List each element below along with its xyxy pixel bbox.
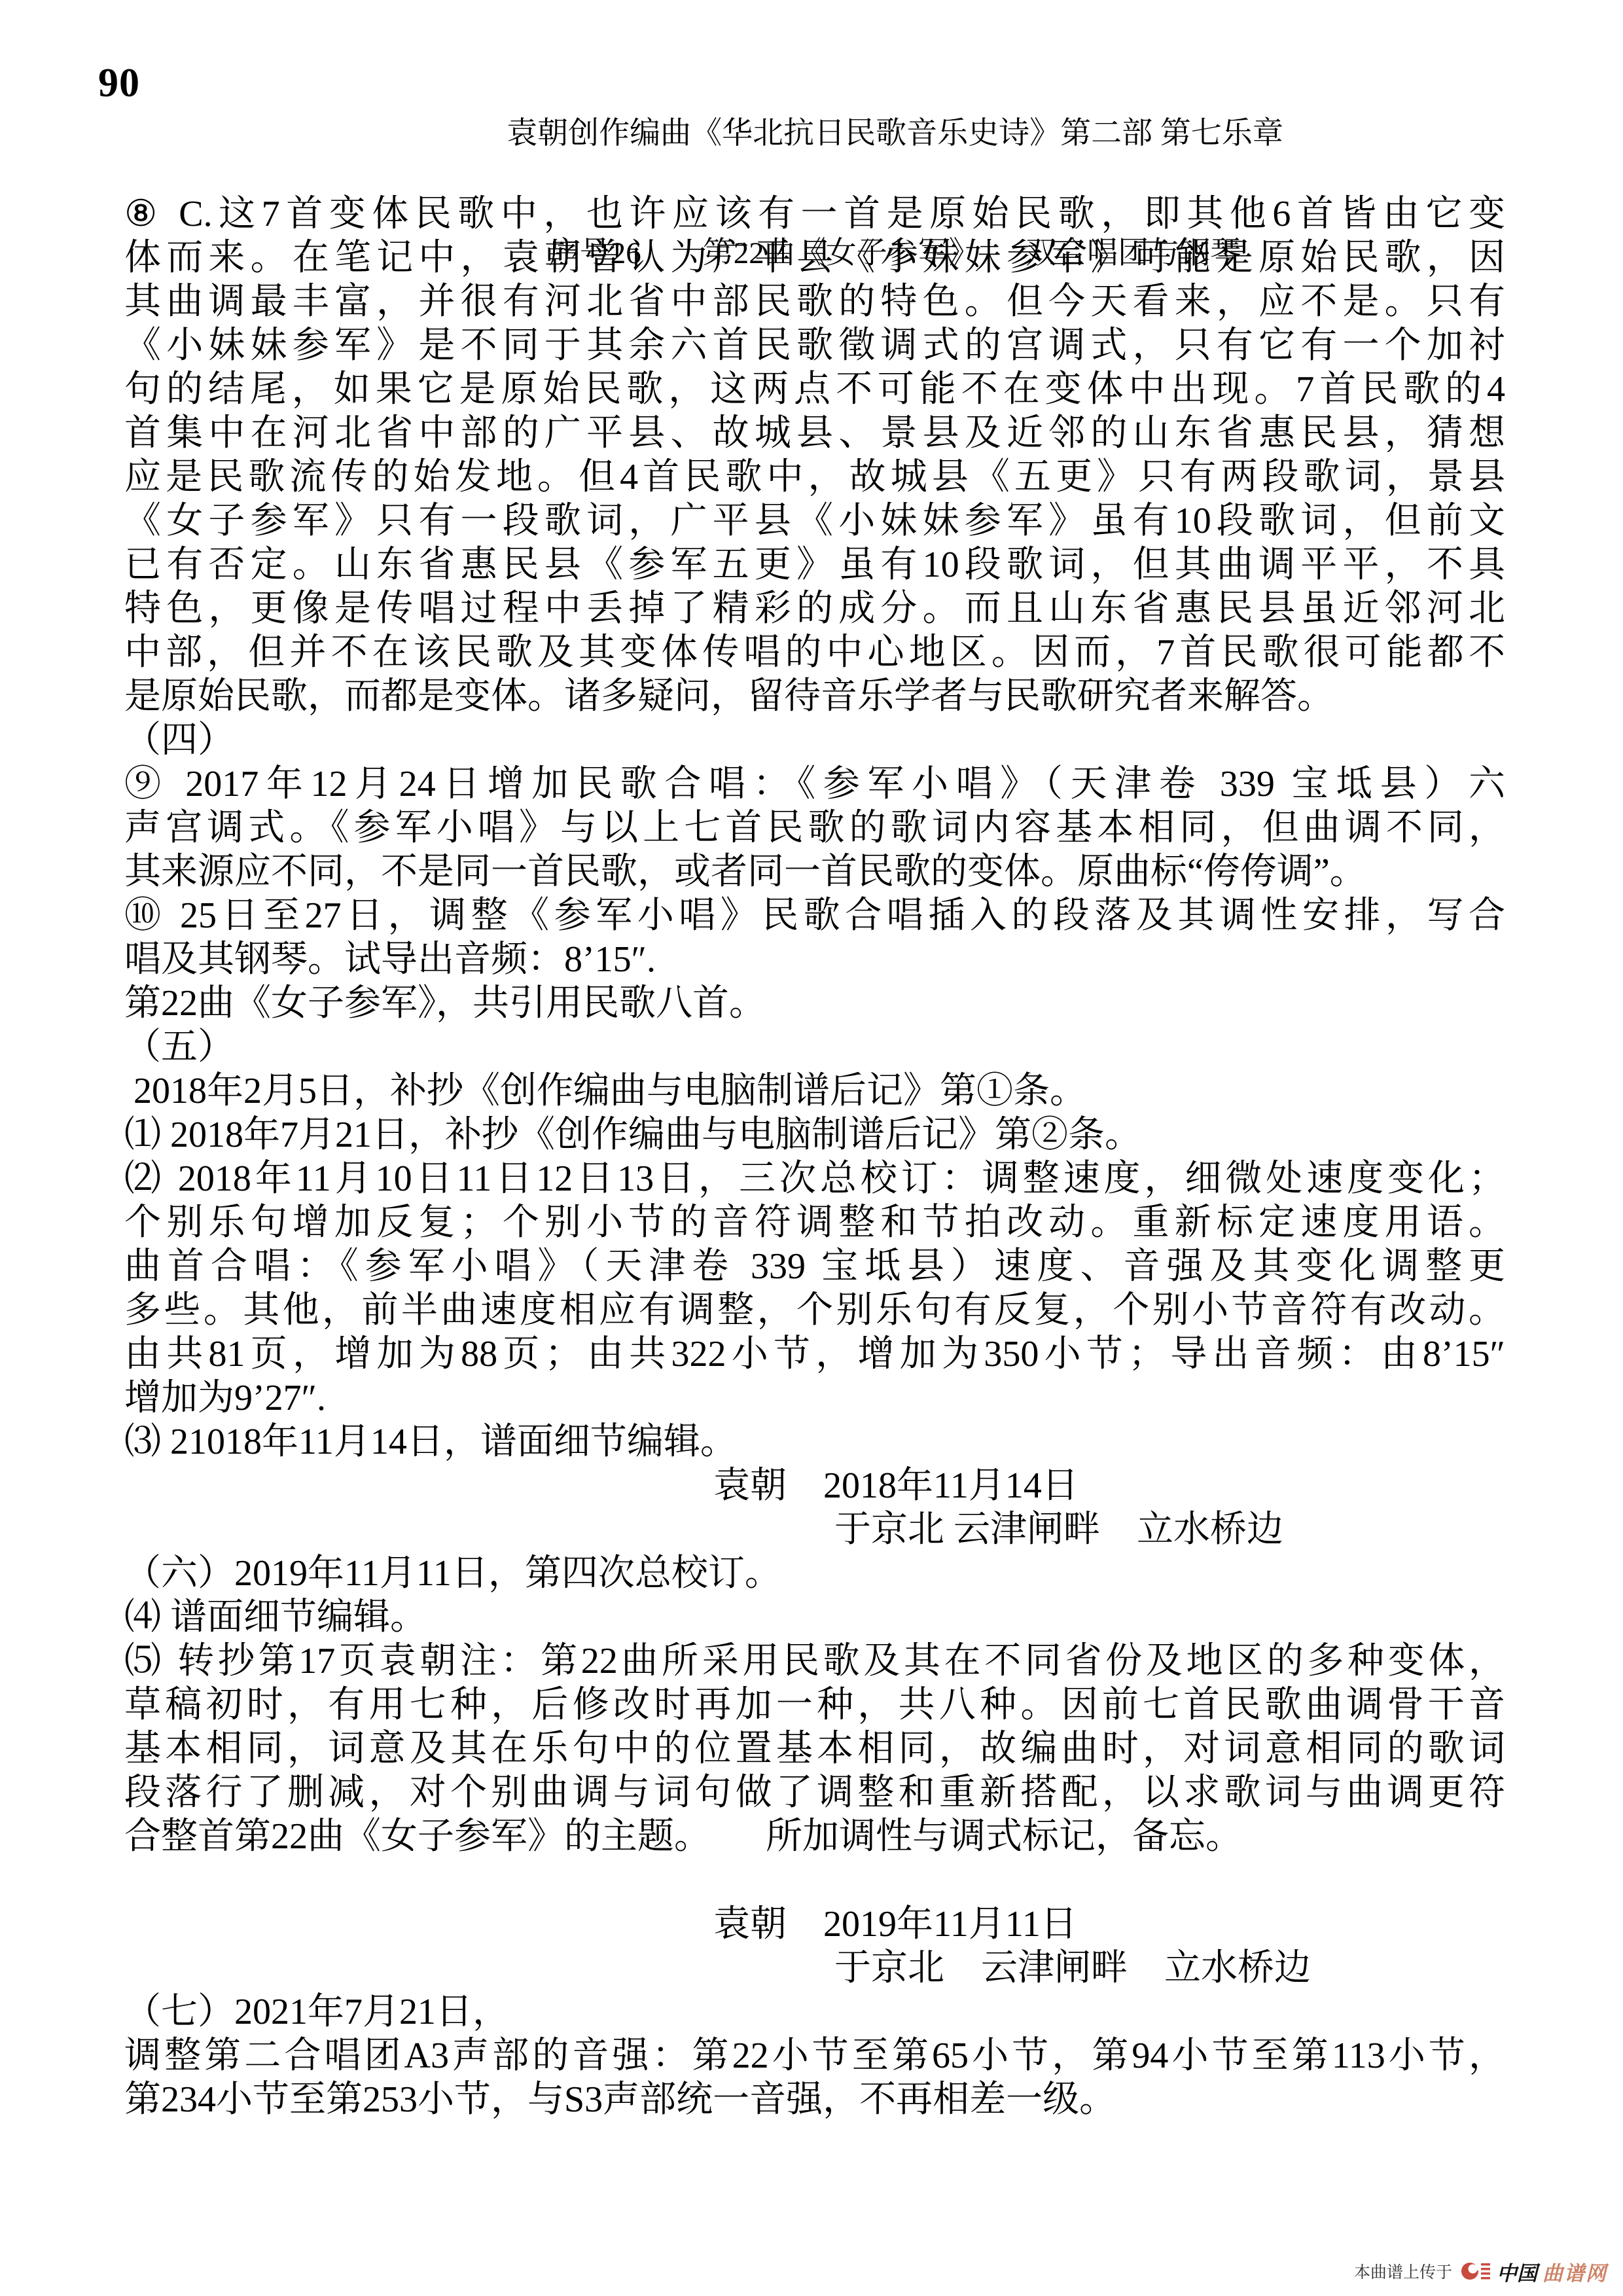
text-line: （五） [124, 1026, 1505, 1069]
text-line: ⑴ 2018年7月21日，补抄《创作编曲与电脑制谱后记》第②条。 [124, 1113, 1505, 1157]
text-line: 增加为9’27″. [124, 1376, 1505, 1420]
text-line: 合整首第22曲《女子参军》的主题。 所加调性与调式标记，备忘。 [124, 1815, 1505, 1859]
text-line: 中部，但并不在该民歌及其变体传唱的中心地区。因而，7首民歌很可能都不 [124, 631, 1505, 675]
text-line: 由共81页，增加为88页；由共322小节，增加为350小节；导出音频：由8’15… [124, 1333, 1505, 1376]
text-line: 是原始民歌，而都是变体。诸多疑问，留待音乐学者与民歌研究者来解答。 [124, 675, 1505, 719]
footer-brand-qupuwang: 曲谱网 [1543, 2257, 1607, 2286]
footer-watermark: 本曲谱上传于 中国 曲谱网 [1354, 2257, 1607, 2286]
text-line: 袁朝 2019年11月11日 [713, 1903, 1505, 1946]
text-line: 《女子参军》只有一段歌词，广平县《小妹妹参军》虽有10段歌词，但前文 [124, 499, 1505, 543]
text-line: （四） [124, 719, 1505, 762]
text-line: 调整第二合唱团A3声部的音强：第22小节至第65小节，第94小节至第113小节， [124, 2034, 1505, 2078]
text-line: 第22曲《女子参军》，共引用民歌八首。 [124, 982, 1505, 1026]
text-line: 首集中在河北省中部的广平县、故城县、景县及近邻的山东省惠民县，猜想 [124, 412, 1505, 456]
text-line: ⑶ 21018年11月14日，谱面细节编辑。 [124, 1420, 1505, 1464]
text-line: （六）2019年11月11日，第四次总校订。 [124, 1552, 1505, 1596]
text-line: 个别乐句增加反复；个别小节的音符调整和节拍改动。重新标定速度用语。 [124, 1201, 1505, 1245]
body-text: ⑧ C.这7首变体民歌中，也许应该有一首是原始民歌，即其他6首皆由它变体而来。在… [124, 192, 1505, 2122]
text-line: 已有否定。山东省惠民县《参军五更》虽有10段歌词，但其曲调平平，不具 [124, 543, 1505, 587]
text-line: 曲首合唱：《参军小唱》（天津卷 339 宝坻县）速度、音强及其变化调整更 [124, 1245, 1505, 1289]
footer-caption: 本曲谱上传于 [1354, 2259, 1452, 2283]
text-line: 草稿初时，有用七种，后修改时再加一种，共八种。因前七首民歌曲调骨干音 [124, 1683, 1505, 1727]
text-line: 多些。其他，前半曲速度相应有调整，个别乐句有反复，个别小节音符有改动。 [124, 1289, 1505, 1333]
text-line: 袁朝 2018年11月14日 [713, 1464, 1505, 1508]
text-line: ⑩ 25日至27日，调整《参军小唱》民歌合唱插入的段落及其调性安排，写合 [124, 894, 1505, 938]
text-line: 其曲调最丰富，并很有河北省中部民歌的特色。但今天看来，应不是。只有 [124, 280, 1505, 324]
text-line: 于京北 云津闸畔 立水桥边 [834, 1946, 1505, 1990]
text-line: 应是民歌流传的始发地。但4首民歌中，故城县《五更》只有两段歌词，景县 [124, 456, 1505, 499]
text-line: （七）2021年7月21日， [124, 1990, 1505, 2034]
text-line: 句的结尾，如果它是原始民歌，这两点不可能不在变体中出现。7首民歌的4 [124, 368, 1505, 412]
text-line: 第234小节至第253小节，与S3声部统一音强，不再相差一级。 [124, 2078, 1505, 2122]
text-line: 唱及其钢琴。试导出音频：8’15″. [124, 938, 1505, 982]
text-line: ⑸ 转抄第17页袁朝注：第22曲所采用民歌及其在不同省份及地区的多种变体， [124, 1640, 1505, 1683]
text-line: 其来源应不同，不是同一首民歌，或者同一首民歌的变体。原曲标“侉侉调”。 [124, 850, 1505, 894]
text-line: 于京北 云津闸畔 立水桥边 [834, 1508, 1505, 1552]
text-line: 基本相同，词意及其在乐句中的位置基本相同，故编曲时，对词意相同的歌词 [124, 1727, 1505, 1771]
text-line: ⑧ C.这7首变体民歌中，也许应该有一首是原始民歌，即其他6首皆由它变 [124, 192, 1505, 236]
blank-line [124, 1859, 1505, 1903]
text-line: 2018年2月5日，补抄《创作编曲与电脑制谱后记》第①条。 [124, 1069, 1505, 1113]
text-line: ⑷ 谱面细节编辑。 [124, 1596, 1505, 1640]
text-line: ⑵ 2018年11月10日11日12日13日，三次总校订：调整速度，细微处速度变… [124, 1157, 1505, 1201]
text-line: 声宫调式。《参军小唱》与以上七首民歌的歌词内容基本相同，但曲调不同， [124, 806, 1505, 850]
text-line: 体而来。在笔记中，袁朝曾认为广平县《小妹妹参军》可能是原始民歌，因 [124, 236, 1505, 280]
qupu-site-logo-icon [1461, 2261, 1491, 2281]
document-page: 90 袁朝创作编曲《华北抗日民歌音乐史诗》第二部 第七乐章 序号26 第22曲《… [0, 0, 1623, 2296]
text-line: ⑨ 2017年12月24日增加民歌合唱：《参军小唱》（天津卷 339 宝坻县）六 [124, 762, 1505, 806]
page-number: 90 [98, 60, 140, 107]
header-title-line1: 袁朝创作编曲《华北抗日民歌音乐史诗》第二部 第七乐章 [167, 114, 1623, 154]
text-line: 《小妹妹参军》是不同于其余六首民歌徵调式的宫调式，只有它有一个加衬 [124, 324, 1505, 368]
text-line: 特色，更像是传唱过程中丢掉了精彩的成分。而且山东省惠民县虽近邻河北 [124, 587, 1505, 631]
footer-brand-china: 中国 [1497, 2257, 1537, 2286]
text-line: 段落行了删减，对个别曲调与词句做了调整和重新搭配，以求歌词与曲调更符 [124, 1771, 1505, 1815]
